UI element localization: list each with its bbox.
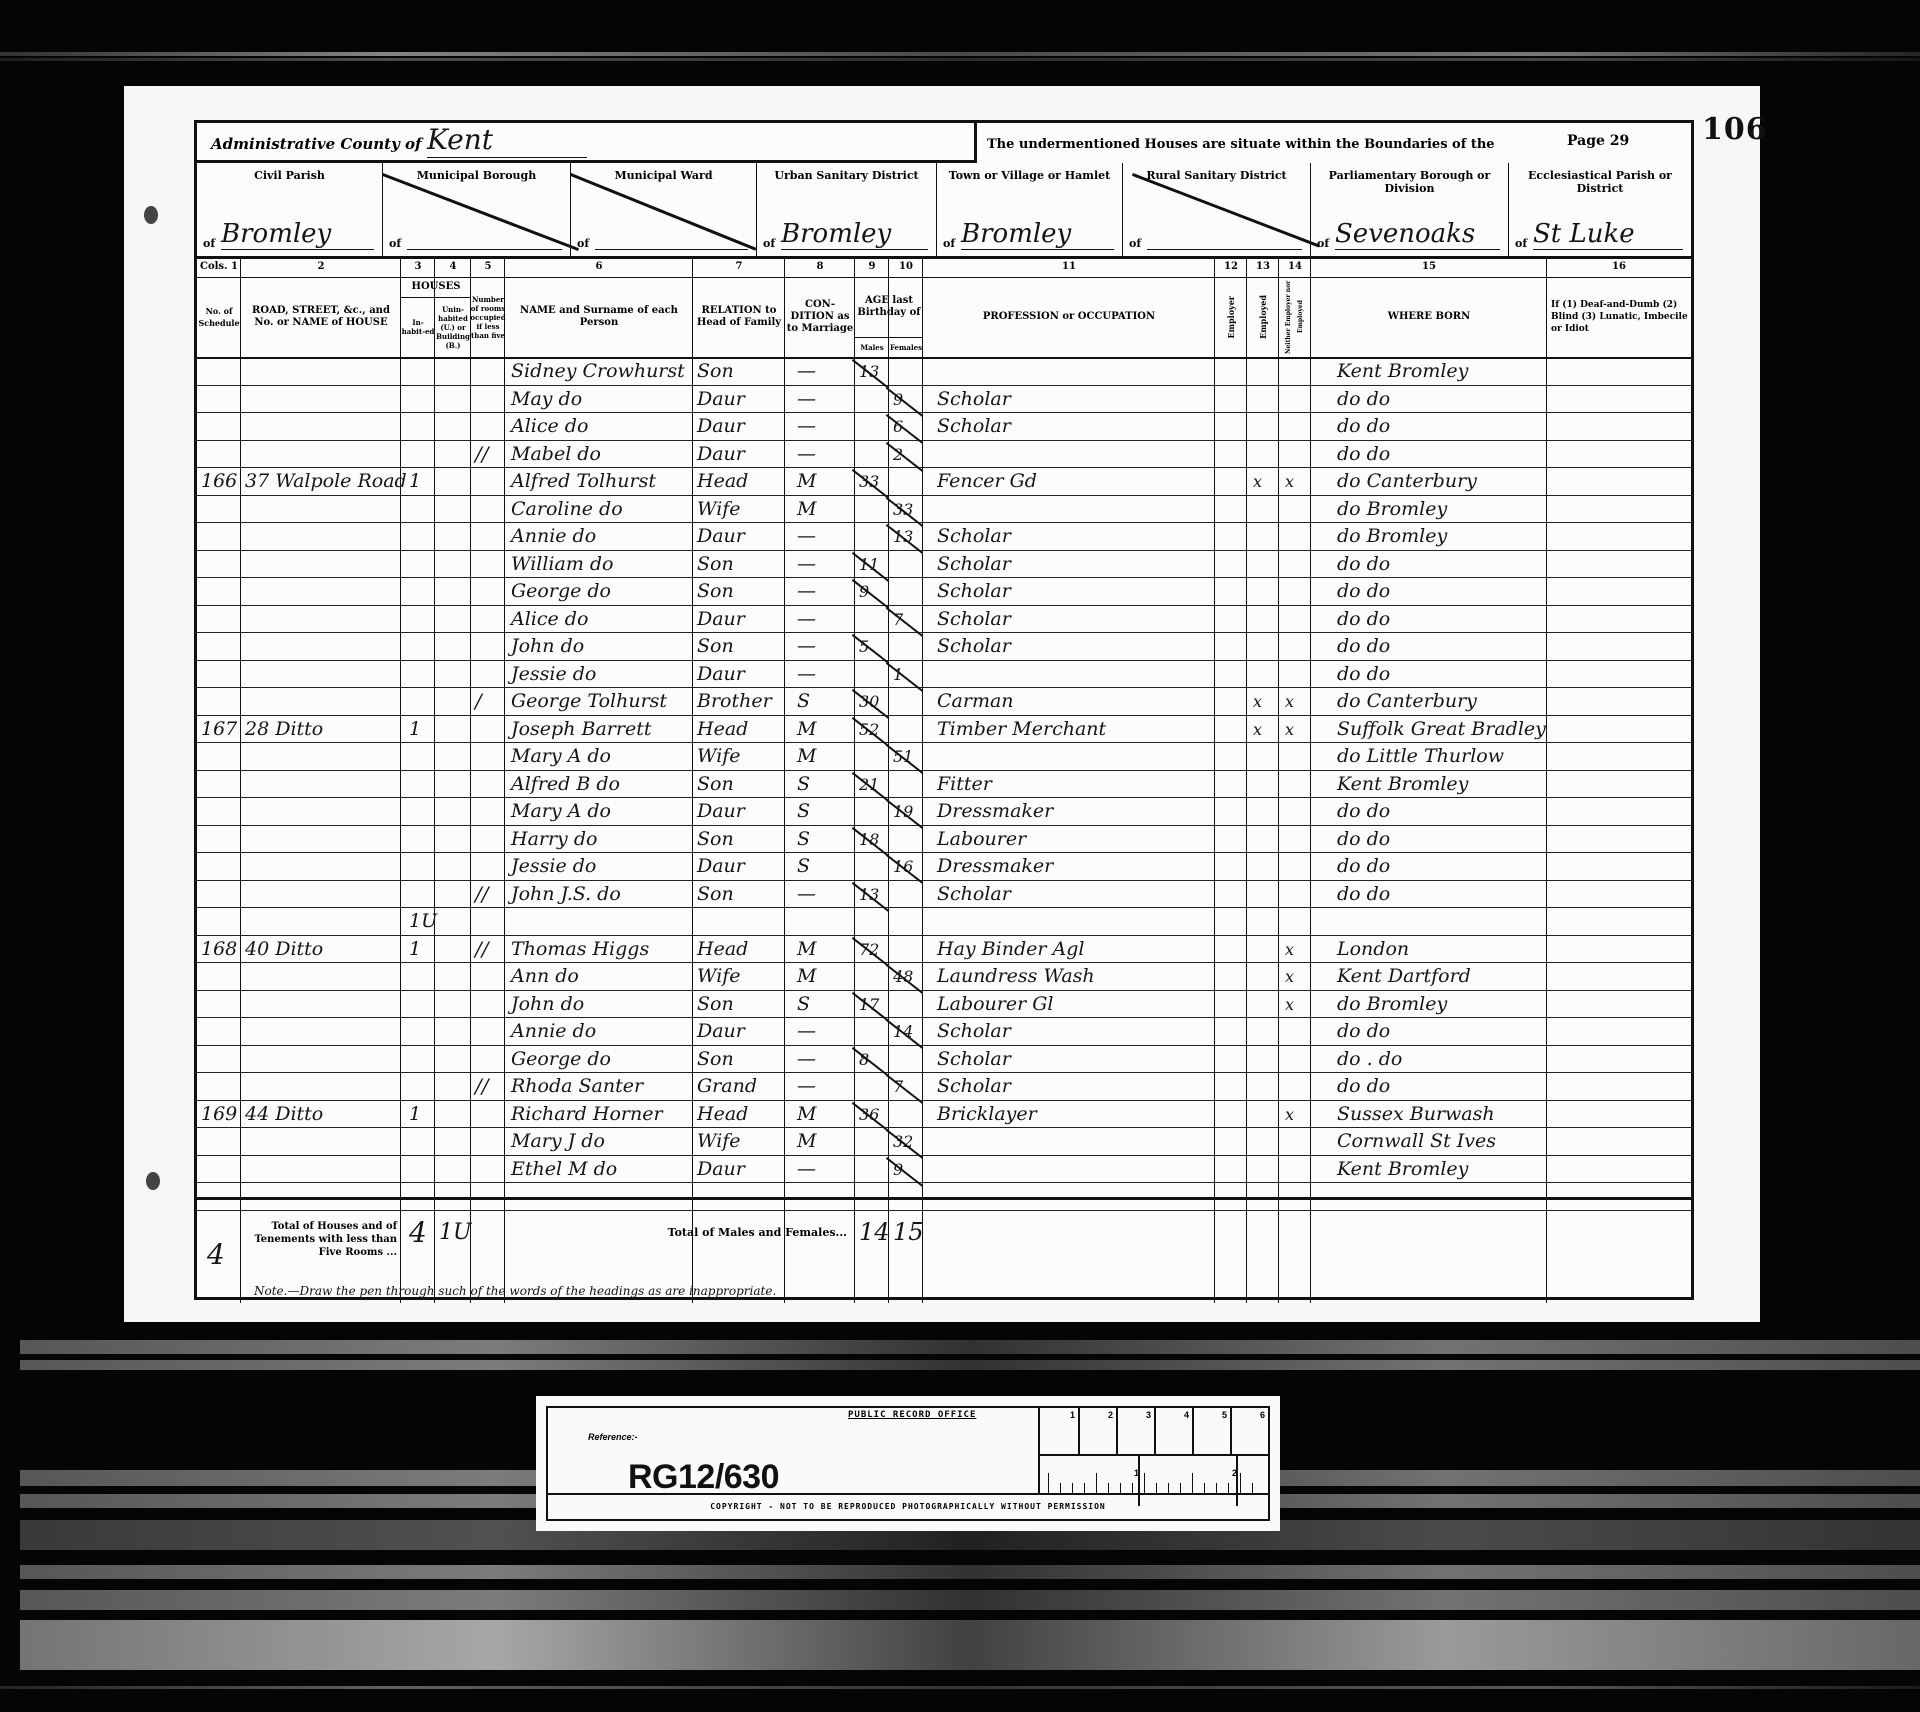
cell-address — [245, 990, 401, 1018]
header-neither-text: Neither Employer nor Employed — [1283, 277, 1307, 357]
area-rural-sanitary-district: Rural Sanitary District of — [1123, 163, 1311, 256]
header-occupation: PROFESSION or OCCUPATION — [923, 277, 1215, 357]
table-row: Mary A doDaurS19Dressmakerdo do — [197, 797, 1691, 826]
cell-address: 37 Walpole Road — [245, 467, 401, 495]
cell-inhabited — [409, 852, 435, 880]
cell-neither: x — [1285, 935, 1309, 963]
cell-occupation: Scholar — [937, 412, 1213, 440]
cell-occupation — [937, 495, 1213, 523]
area-value: Bromley — [781, 219, 928, 250]
cell-inhabited — [409, 550, 435, 578]
cell-female-age: 13 — [893, 522, 923, 550]
table-row: John doSon—5Scholardo do — [197, 632, 1691, 661]
cell-schedule — [201, 770, 241, 798]
area-of-label: of — [577, 237, 589, 250]
cell-condition: M — [797, 962, 853, 990]
cell-address — [245, 770, 401, 798]
cell-neither — [1285, 357, 1309, 385]
cell-female-age — [893, 770, 923, 798]
column-number: 6 — [505, 261, 693, 272]
cell-schedule — [201, 660, 241, 688]
cell-employed: x — [1253, 687, 1277, 715]
cell-name: George do — [511, 577, 695, 605]
cell-rooms — [475, 550, 503, 578]
cell-neither — [1285, 495, 1309, 523]
cell-male-age: 33 — [859, 467, 889, 495]
cell-male-age — [859, 440, 889, 468]
table-row: Mary J doWifeM32Cornwall St Ives — [197, 1127, 1691, 1156]
cell-rooms: // — [475, 1072, 503, 1100]
cell-neither: x — [1285, 715, 1309, 743]
ruler-tick: 6 — [1268, 1408, 1270, 1454]
cell-name: John J.S. do — [511, 880, 695, 908]
cell-employed — [1253, 825, 1277, 853]
area-value — [595, 219, 748, 250]
cell-relation: Son — [697, 550, 785, 578]
cell-condition: — — [797, 385, 853, 413]
cell-name: Alice do — [511, 605, 695, 633]
cell-name: Richard Horner — [511, 1100, 695, 1128]
cell-name: Ann do — [511, 962, 695, 990]
cell-condition: — — [797, 577, 853, 605]
cell-rooms: // — [475, 440, 503, 468]
cell-born: Kent Dartford — [1337, 962, 1547, 990]
cell-male-age — [859, 385, 889, 413]
cell-condition: M — [797, 715, 853, 743]
cell-relation: Son — [697, 577, 785, 605]
header-females: Females — [889, 337, 923, 358]
county-label: Administrative County of — [211, 135, 421, 153]
cell-employed — [1253, 385, 1277, 413]
column-number: 12 — [1215, 261, 1247, 272]
cell-male-age: 36 — [859, 1100, 889, 1128]
cell-female-age: 7 — [893, 605, 923, 633]
area-value — [407, 219, 562, 250]
cell-name: Jessie do — [511, 852, 695, 880]
table-row: George doSon—9Scholardo do — [197, 577, 1691, 606]
cell-born: London — [1337, 935, 1547, 963]
cell-female-age — [893, 715, 923, 743]
cell-address — [245, 1127, 401, 1155]
cell-schedule — [201, 605, 241, 633]
cell-female-age: 19 — [893, 797, 923, 825]
cell-schedule: 169 — [201, 1100, 241, 1128]
cell-address — [245, 1155, 401, 1183]
header-name: NAME and Surname of each Person — [505, 277, 693, 357]
cell-neither — [1285, 907, 1309, 935]
cell-employer — [1221, 715, 1245, 743]
cell-name: John do — [511, 990, 695, 1018]
cell-inhabited — [409, 1072, 435, 1100]
cell-name: Mary A do — [511, 742, 695, 770]
ruler-minor-tick — [1048, 1473, 1049, 1495]
table-row: Ann doWifeM48Laundress WashxKent Dartfor… — [197, 962, 1691, 991]
ruler-tick: 2 — [1116, 1408, 1118, 1454]
ruler-cm-label: 2 — [1108, 1410, 1113, 1420]
cell-address — [245, 907, 401, 935]
cell-name: Alice do — [511, 412, 695, 440]
cell-relation: Daur — [697, 797, 785, 825]
header-inhabited: In-habit-ed — [401, 297, 435, 357]
cell-female-age — [893, 577, 923, 605]
cell-relation: Daur — [697, 1017, 785, 1045]
cell-condition: M — [797, 1100, 853, 1128]
table-row: George doSon—8Scholardo . do — [197, 1045, 1691, 1074]
folio-number: 106 — [1702, 112, 1768, 147]
table-row: Jessie doDaur—1do do — [197, 660, 1691, 689]
ruler-tick: 5 — [1230, 1408, 1232, 1454]
cell-female-age: 6 — [893, 412, 923, 440]
column-number: 14 — [1279, 261, 1311, 272]
cell-employer — [1221, 467, 1245, 495]
cell-neither — [1285, 1155, 1309, 1183]
header-uninhabited: Unin-habited (U.) or Building (B.) — [435, 297, 471, 357]
cell-condition: — — [797, 632, 853, 660]
area-title: Town or Village or Hamlet — [937, 169, 1122, 182]
cell-neither: x — [1285, 687, 1309, 715]
cell-schedule — [201, 962, 241, 990]
cell-relation: Daur — [697, 522, 785, 550]
cell-employed — [1253, 1045, 1277, 1073]
cell-inhabited — [409, 522, 435, 550]
cell-address — [245, 880, 401, 908]
cell-born: do Bromley — [1337, 522, 1547, 550]
cell-employed — [1253, 962, 1277, 990]
reference-number: RG12/630 — [628, 1458, 779, 1497]
cell-rooms — [475, 467, 503, 495]
cell-schedule — [201, 550, 241, 578]
cell-occupation — [937, 440, 1213, 468]
cell-male-age — [859, 605, 889, 633]
cell-inhabited — [409, 440, 435, 468]
cell-employed — [1253, 770, 1277, 798]
cell-rooms — [475, 852, 503, 880]
area-title: Civil Parish — [197, 169, 382, 182]
cell-schedule — [201, 797, 241, 825]
cell-name: Rhoda Santer — [511, 1072, 695, 1100]
cell-born: do Bromley — [1337, 495, 1547, 523]
cell-employer — [1221, 1100, 1245, 1128]
cell-employed — [1253, 880, 1277, 908]
cell-condition: S — [797, 825, 853, 853]
cell-condition: — — [797, 357, 853, 385]
cell-relation: Head — [697, 467, 785, 495]
column-number: 13 — [1247, 261, 1279, 272]
cell-condition: M — [797, 742, 853, 770]
column-number: Cols. 1 — [197, 261, 241, 272]
cell-relation: Son — [697, 357, 785, 385]
cell-male-age: 52 — [859, 715, 889, 743]
cell-inhabited — [409, 687, 435, 715]
cell-born — [1337, 907, 1547, 935]
cell-born: do Canterbury — [1337, 687, 1547, 715]
cell-occupation: Scholar — [937, 1017, 1213, 1045]
cell-male-age — [859, 1017, 889, 1045]
area-title: Urban Sanitary District — [757, 169, 936, 182]
area-value: Sevenoaks — [1335, 219, 1500, 250]
cell-relation: Son — [697, 1045, 785, 1073]
cell-condition: — — [797, 880, 853, 908]
cell-male-age: 17 — [859, 990, 889, 1018]
cell-name: Ethel M do — [511, 1155, 695, 1183]
totals-row: 4 Total of Houses and of Tenements with … — [197, 1197, 1691, 1296]
cell-male-age: 13 — [859, 357, 889, 385]
cell-male-age: 9 — [859, 577, 889, 605]
cell-born: do do — [1337, 852, 1547, 880]
cell-address — [245, 797, 401, 825]
ruler-tick: 4 — [1192, 1408, 1194, 1454]
cell-born: do do — [1337, 1072, 1547, 1100]
cell-inhabited — [409, 825, 435, 853]
cell-employer — [1221, 852, 1245, 880]
cell-condition: — — [797, 412, 853, 440]
cell-female-age: 7 — [893, 1072, 923, 1100]
cell-neither — [1285, 797, 1309, 825]
cell-schedule — [201, 577, 241, 605]
cell-employer — [1221, 935, 1245, 963]
cell-rooms — [475, 495, 503, 523]
cell-neither — [1285, 550, 1309, 578]
cell-schedule — [201, 495, 241, 523]
cell-name: Alfred B do — [511, 770, 695, 798]
cell-male-age — [859, 797, 889, 825]
column-number: 8 — [785, 261, 855, 272]
table-row: Alfred B doSonS21FitterKent Bromley — [197, 770, 1691, 799]
cell-schedule — [201, 880, 241, 908]
cell-occupation: Scholar — [937, 577, 1213, 605]
area-of-label: of — [389, 237, 401, 250]
cell-female-age: 14 — [893, 1017, 923, 1045]
cell-schedule — [201, 687, 241, 715]
cell-relation — [697, 907, 785, 935]
cell-employer — [1221, 1017, 1245, 1045]
cell-born: do do — [1337, 797, 1547, 825]
cell-female-age — [893, 467, 923, 495]
cell-name: Mary A do — [511, 797, 695, 825]
cell-employer — [1221, 357, 1245, 385]
cell-relation: Brother — [697, 687, 785, 715]
header-condition: CON-DITION as to Marriage — [785, 277, 855, 357]
ruler-cm-label: 5 — [1222, 1410, 1227, 1420]
cell-name: Jessie do — [511, 660, 695, 688]
cell-address — [245, 412, 401, 440]
cell-born: do do — [1337, 632, 1547, 660]
cell-neither — [1285, 825, 1309, 853]
cell-male-age: 8 — [859, 1045, 889, 1073]
cell-rooms — [475, 1045, 503, 1073]
cell-address — [245, 1017, 401, 1045]
cell-born: do Little Thurlow — [1337, 742, 1547, 770]
column-number: 7 — [693, 261, 785, 272]
cell-male-age — [859, 495, 889, 523]
cell-employer — [1221, 1155, 1245, 1183]
cell-employer — [1221, 962, 1245, 990]
cell-occupation — [937, 742, 1213, 770]
cell-condition: — — [797, 605, 853, 633]
cell-neither: x — [1285, 467, 1309, 495]
punch-hole — [146, 1172, 160, 1190]
column-number: 4 — [435, 261, 471, 272]
cell-male-age: 18 — [859, 825, 889, 853]
cell-rooms — [475, 1127, 503, 1155]
cell-schedule — [201, 357, 241, 385]
cell-neither — [1285, 852, 1309, 880]
table-row: May doDaur—9Scholardo do — [197, 385, 1691, 414]
cell-name: Caroline do — [511, 495, 695, 523]
cell-employer — [1221, 495, 1245, 523]
cell-name: William do — [511, 550, 695, 578]
cell-rooms — [475, 825, 503, 853]
area-title: Municipal Ward — [571, 169, 756, 182]
cell-male-age: 13 — [859, 880, 889, 908]
cell-male-age — [859, 1072, 889, 1100]
ruler-cm-label: 6 — [1260, 1410, 1265, 1420]
cell-schedule: 166 — [201, 467, 241, 495]
total-inhabited: 4 — [409, 1218, 427, 1247]
cell-condition: S — [797, 687, 853, 715]
cell-employer — [1221, 660, 1245, 688]
table-row: Ethel M doDaur—9Kent Bromley — [197, 1155, 1691, 1184]
cell-female-age — [893, 1100, 923, 1128]
cell-employed — [1253, 907, 1277, 935]
cell-relation: Daur — [697, 412, 785, 440]
cell-relation: Daur — [697, 605, 785, 633]
cell-address — [245, 605, 401, 633]
area-headers: Civil Parish of Bromley Municipal Boroug… — [197, 163, 1691, 259]
cell-inhabited — [409, 660, 435, 688]
cell-female-age — [893, 357, 923, 385]
cell-occupation: Scholar — [937, 385, 1213, 413]
cell-relation: Son — [697, 770, 785, 798]
area-title: Parliamentary Borough or Division — [1311, 169, 1508, 195]
cell-rooms — [475, 742, 503, 770]
area-of-label: of — [943, 237, 955, 250]
cell-employer — [1221, 1045, 1245, 1073]
cell-condition: S — [797, 990, 853, 1018]
cell-address — [245, 1045, 401, 1073]
cell-employed — [1253, 440, 1277, 468]
reference-label: Reference:- — [588, 1432, 638, 1442]
area-of-label: of — [1129, 237, 1141, 250]
cell-occupation: Timber Merchant — [937, 715, 1213, 743]
cell-born: do . do — [1337, 1045, 1547, 1073]
header-employer: Employer — [1215, 277, 1247, 357]
header-schedule: No. of Schedule — [197, 277, 241, 357]
cell-born: do do — [1337, 825, 1547, 853]
cell-address — [245, 742, 401, 770]
column-number: 15 — [1311, 261, 1547, 272]
cell-female-age — [893, 880, 923, 908]
cell-name: Annie do — [511, 522, 695, 550]
cell-neither — [1285, 1072, 1309, 1100]
cell-employer — [1221, 770, 1245, 798]
cell-employer — [1221, 742, 1245, 770]
cell-neither — [1285, 577, 1309, 605]
cell-occupation — [937, 660, 1213, 688]
area-title: Municipal Borough — [383, 169, 570, 182]
cell-name: Joseph Barrett — [511, 715, 695, 743]
census-table: Cols. 1 2 3 4 5 6 7 8 9 10 11 12 13 14 1… — [197, 259, 1691, 1303]
cell-occupation — [937, 1127, 1213, 1155]
cell-condition: M — [797, 495, 853, 523]
ruler-cm-label: 4 — [1184, 1410, 1189, 1420]
cell-address — [245, 440, 401, 468]
cell-male-age — [859, 962, 889, 990]
total-uninhabited: 1U — [439, 1218, 472, 1247]
cell-rooms — [475, 962, 503, 990]
cell-employer — [1221, 550, 1245, 578]
cell-relation: Head — [697, 715, 785, 743]
cell-inhabited — [409, 385, 435, 413]
cell-born: do do — [1337, 440, 1547, 468]
cell-male-age — [859, 1127, 889, 1155]
cell-female-age: 51 — [893, 742, 923, 770]
cell-address — [245, 962, 401, 990]
cell-schedule — [201, 1155, 241, 1183]
cell-employed — [1253, 1017, 1277, 1045]
table-row: Annie doDaur—14Scholardo do — [197, 1017, 1691, 1046]
cell-female-age: 1 — [893, 660, 923, 688]
cell-rooms — [475, 632, 503, 660]
cell-name: George Tolhurst — [511, 687, 695, 715]
census-form: Administrative County of Kent The underm… — [194, 120, 1694, 1300]
cell-neither: x — [1285, 1100, 1309, 1128]
cell-condition: — — [797, 1072, 853, 1100]
cell-relation: Son — [697, 990, 785, 1018]
header-relation: RELATION to Head of Family — [693, 277, 785, 357]
cell-born: do Canterbury — [1337, 467, 1547, 495]
cell-schedule — [201, 412, 241, 440]
column-header-row: No. of Schedule ROAD, STREET, &c., and N… — [197, 277, 1691, 359]
cell-born: do do — [1337, 660, 1547, 688]
record-office-label: PUBLIC RECORD OFFICE — [848, 1410, 976, 1420]
cell-male-age: 5 — [859, 632, 889, 660]
cell-name: Sidney Crowhurst — [511, 357, 695, 385]
cell-employed — [1253, 550, 1277, 578]
table-row: /George TolhurstBrotherS30Carmanxxdo Can… — [197, 687, 1691, 716]
cell-female-age: 32 — [893, 1127, 923, 1155]
table-row: 16637 Walpole Road1Alfred TolhurstHeadM3… — [197, 467, 1691, 496]
cell-relation: Daur — [697, 385, 785, 413]
ruler-cm-label: 3 — [1146, 1410, 1151, 1420]
cell-schedule — [201, 1045, 241, 1073]
cell-neither — [1285, 522, 1309, 550]
cell-occupation: Scholar — [937, 550, 1213, 578]
cell-rooms — [475, 522, 503, 550]
cell-relation: Son — [697, 880, 785, 908]
cell-inhabited: 1U — [409, 907, 435, 935]
cell-female-age: 9 — [893, 385, 923, 413]
ruler-minor-tick — [1144, 1473, 1145, 1495]
cell-relation: Son — [697, 632, 785, 660]
cell-female-age: 16 — [893, 852, 923, 880]
cell-male-age — [859, 907, 889, 935]
cell-inhabited: 1 — [409, 935, 435, 963]
cell-neither: x — [1285, 990, 1309, 1018]
table-row: 1U — [197, 907, 1691, 936]
cell-employed — [1253, 357, 1277, 385]
county-value: Kent — [427, 123, 587, 158]
cell-neither — [1285, 880, 1309, 908]
intro-text: The undermentioned Houses are situate wi… — [987, 137, 1495, 152]
cell-condition: — — [797, 1017, 853, 1045]
cell-occupation — [937, 357, 1213, 385]
cell-born: Kent Bromley — [1337, 770, 1547, 798]
cell-schedule: 168 — [201, 935, 241, 963]
ruler-tick: 3 — [1154, 1408, 1156, 1454]
table-row: 16728 Ditto1Joseph BarrettHeadM52Timber … — [197, 715, 1691, 744]
cell-address — [245, 522, 401, 550]
